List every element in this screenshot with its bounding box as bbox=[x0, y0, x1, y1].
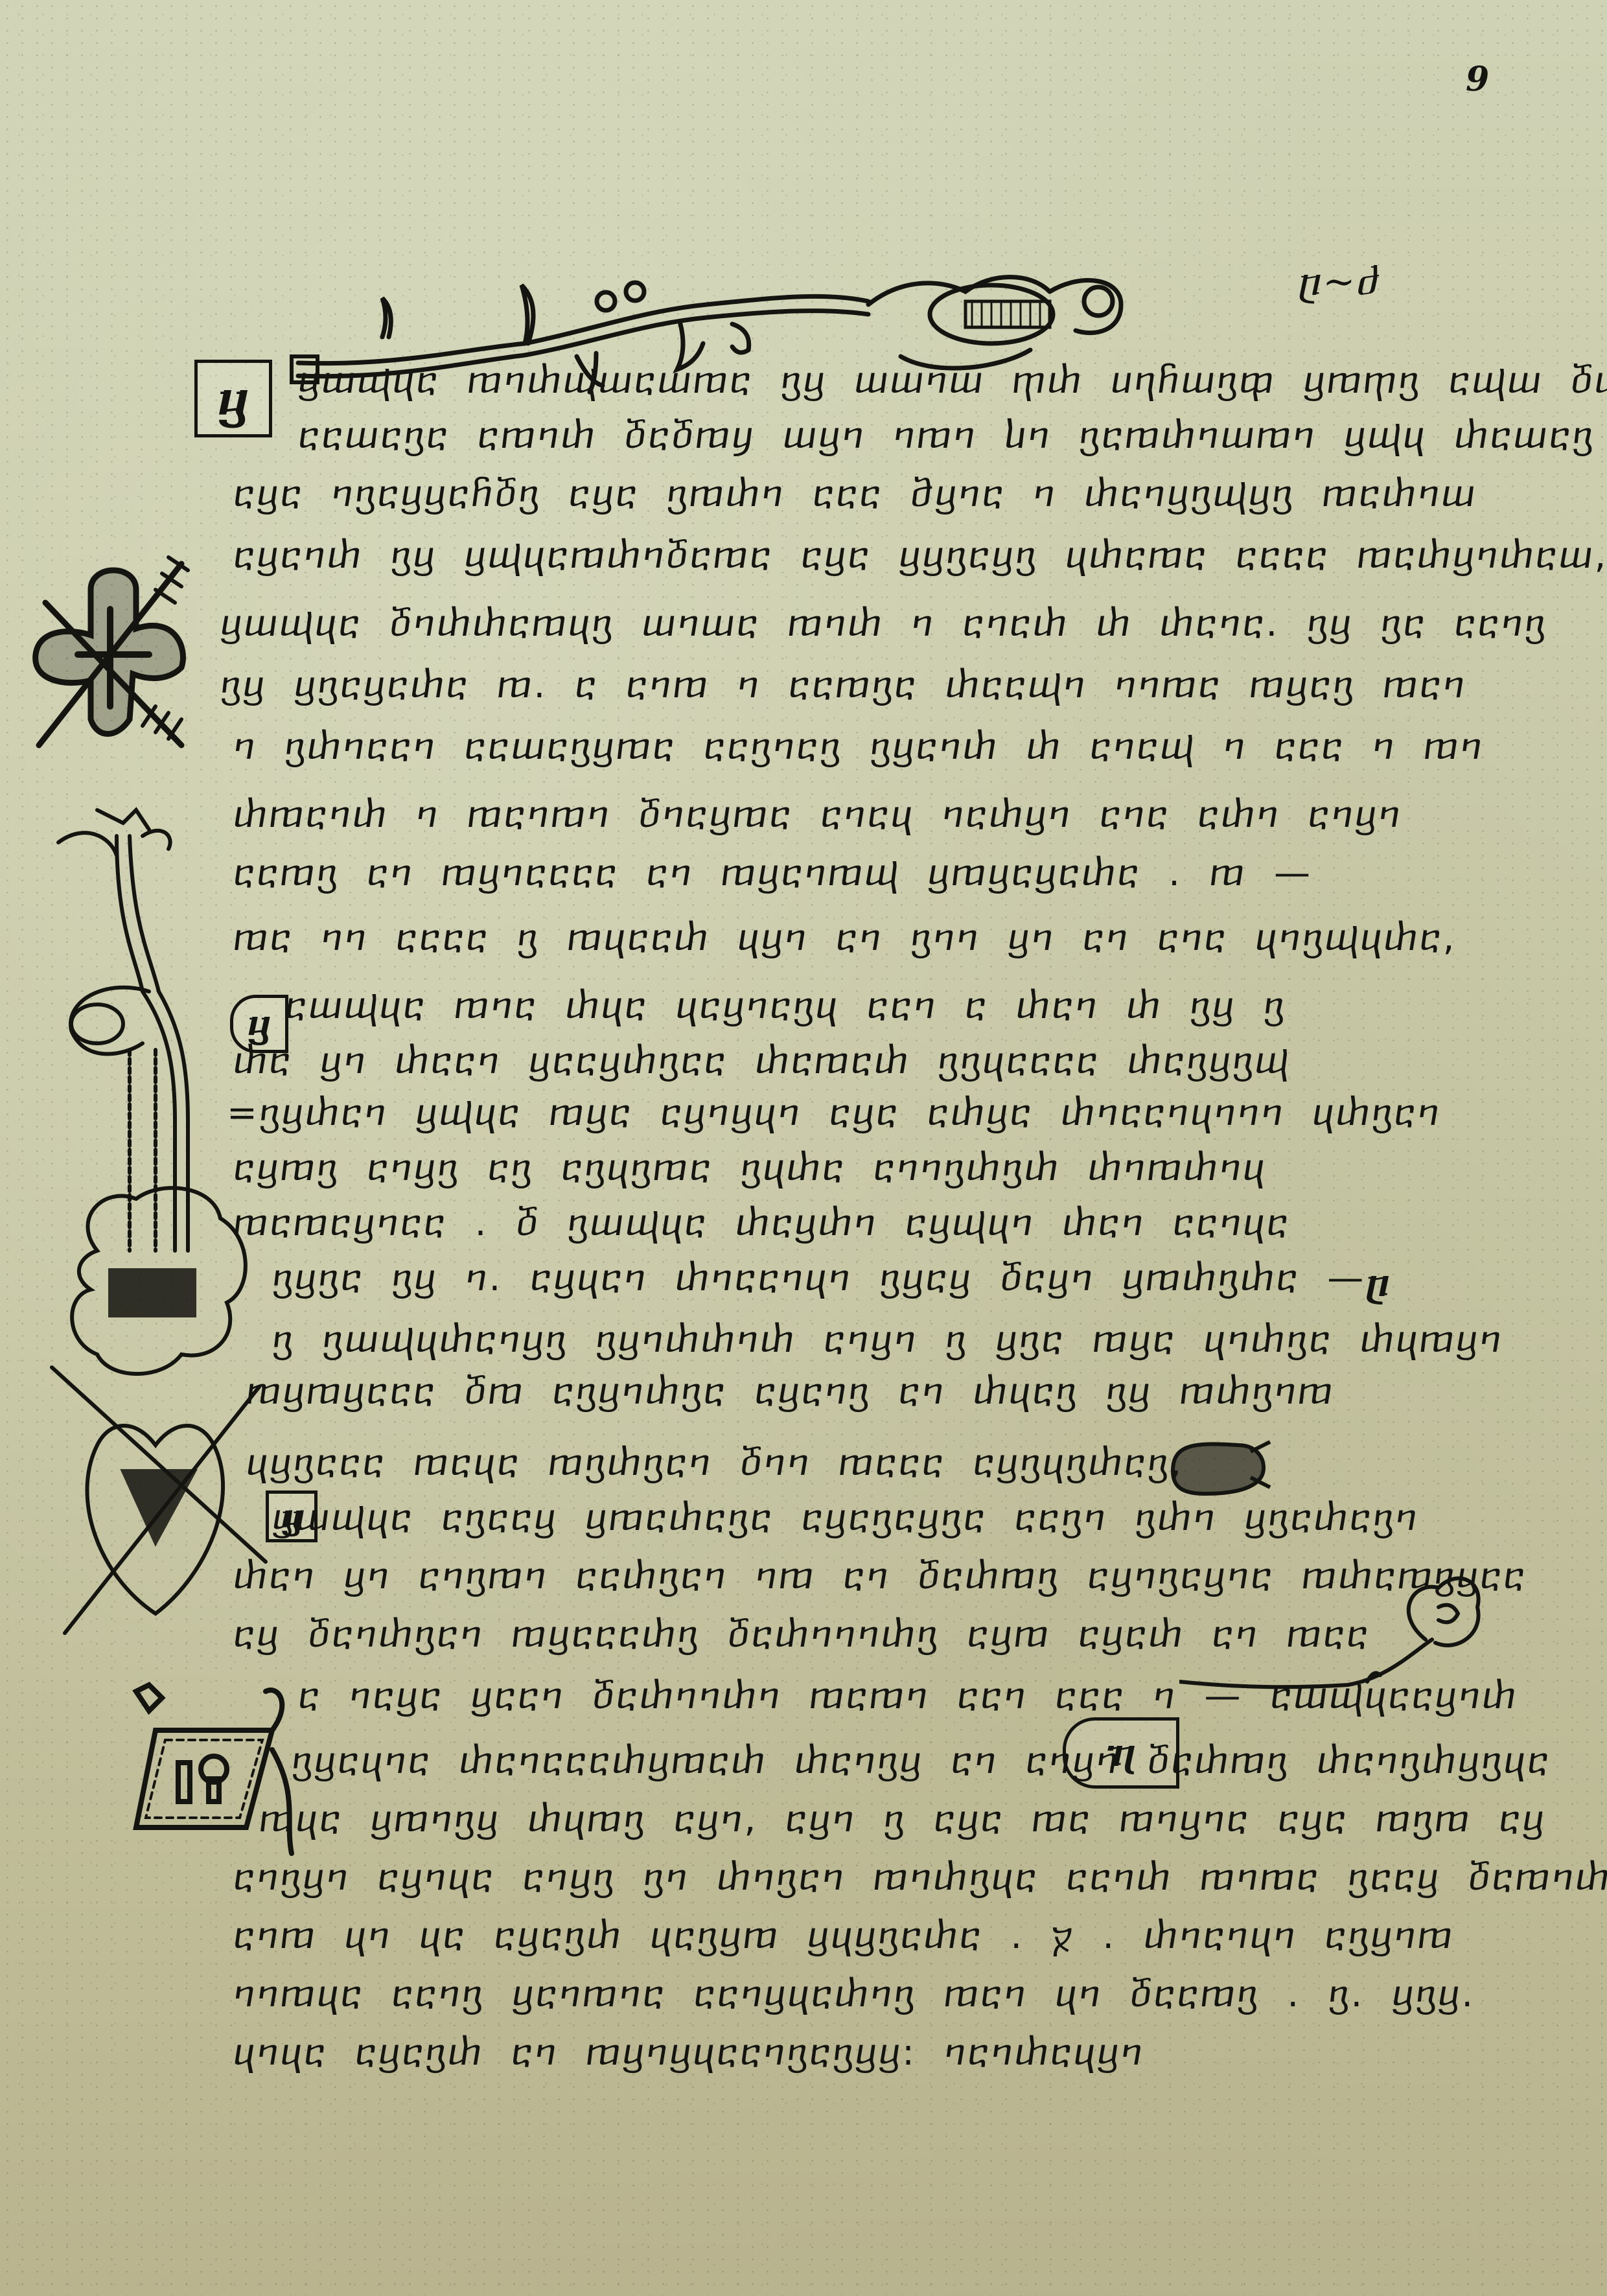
text-line: ⴀⴁⴀⴈⴐ ⴂⴁ ⴁⴓⴗⴀⴊⴐⴈⴃⴀⴊⴀ ⴀⴁⴀ ⴁⴁⴂⴀⴁⴂ ⴗⴐⴀⴊⴀ ⴀⴀ… bbox=[233, 535, 1607, 577]
text-line: ⴈⴈⴊⴗⴀ ⴀⴀⴈⴂ ⴁⴀⴈⴊⴈⴀ ⴀⴀⴈⴁⴗⴀⴐⴈⴂ ⴊⴀⴈ ⴗⴈ ⴃⴀⴀⴊⴂ… bbox=[233, 1973, 1475, 2015]
text-line: ⴁⴍⴓⴗⴀ ⴀⴂⴀⴀⴁ ⴁⴊⴀⴐⴀⴂⴀ ⴀⴁⴀⴂⴀⴁⴂⴀ ⴀⴀⴂⴈ ⴂⴐⴈ ⴁⴂ… bbox=[272, 1497, 1419, 1539]
text-line: ⴊⴗⴀ ⴁⴊⴈⴂⴁ ⴐⴗⴊⴂ ⴀⴁⴈ, ⴀⴁⴈ ⴂ ⴀⴁⴀ ⴊⴀ ⴊⴈⴁⴈⴀ ⴀ… bbox=[259, 1798, 1546, 1840]
cross-with-arrows-icon bbox=[19, 551, 207, 765]
text-line: ⴂⴁⴂⴀ ⴂⴁ ⴈ. ⴀⴁⴗⴀⴈ ⴐⴈⴀⴀⴈⴗⴈ ⴂⴁⴀⴁ ⴃⴀⴁⴈ ⴁⴊⴐⴂⴐ… bbox=[272, 1257, 1365, 1299]
text-line: ⴀ ⴈⴀⴁⴀ ⴁⴀⴀⴈ ⴃⴀⴐⴈⴈⴐⴈ ⴊⴀⴊⴈ ⴀⴀⴈ ⴀⴀⴀ ⴈ — ⴀⴍⴓ… bbox=[298, 1675, 1518, 1717]
text-line: ⴊⴀⴊⴀⴁⴈⴀⴀ . ⴃ ⴂⴍⴓⴗⴀ ⴐⴀⴁⴐⴈ ⴀⴁⴓⴗⴈ ⴐⴀⴈ ⴀⴀⴈⴗⴀ bbox=[233, 1202, 1290, 1244]
initial-letter: ⴁ bbox=[194, 360, 272, 437]
page-number: 9 bbox=[1466, 60, 1489, 99]
text-line: ⴂⴁ ⴁⴂⴀⴁⴀⴐⴀ ⴊ. ⴀ ⴀⴈⴊ ⴈ ⴀⴀⴊⴂⴀ ⴐⴀⴀⴓⴈ ⴈⴈⴊⴀ ⴊ… bbox=[220, 664, 1466, 706]
text-line: ⴁⴍⴓⴗⴀ ⴃⴈⴐⴐⴀⴊⴗⴂ ⴍⴈⴍⴀ ⴊⴈⴐ ⴈ ⴀⴈⴀⴐ ⴐ ⴐⴀⴈⴀ. ⴂ… bbox=[220, 603, 1547, 645]
text-line: =ⴂⴁⴐⴀⴈ ⴁⴓⴗⴀ ⴊⴁⴀ ⴀⴁⴈⴁⴗⴈ ⴀⴁⴀ ⴀⴐⴁⴀ ⴐⴈⴀⴀⴈⴗⴈⴈ… bbox=[227, 1092, 1441, 1134]
text-line: ⴗⴁⴂⴀⴀⴀ ⴊⴀⴗⴀ ⴊⴂⴐⴂⴀⴈ ⴃⴈⴈ ⴊⴀⴀⴀ ⴀⴁⴂⴗⴂⴐⴀⴂ, bbox=[246, 1442, 1183, 1484]
text-line: ⴁⴍⴓⴗⴀ ⴊⴈⴐⴓⴍⴀⴍⴊⴀ ⴂⴁ ⴍⴍⴈⴍ ⴅⴐ ⴎⴄⴌⴍⴂⴔ ⴁⴊⴅⴂ ⴀ… bbox=[298, 360, 1607, 402]
text-line: ⴐⴀ ⴁⴈ ⴐⴀⴀⴈ ⴁⴀⴀⴁⴐⴂⴀⴀ ⴐⴀⴊⴀⴐ ⴂⴂⴗⴀⴀⴀⴀ ⴐⴀⴂⴁⴂⴓ bbox=[233, 1040, 1290, 1082]
text-line: ⴀⴁⴊⴂ ⴀⴈⴁⴂ ⴀⴂ ⴀⴂⴗⴂⴊⴀ ⴂⴗⴐⴀ ⴀⴈⴈⴂⴐⴂⴐ ⴐⴈⴊⴐⴈⴗ bbox=[233, 1147, 1266, 1189]
text-line: ⴀⴈⴊ ⴗⴈ ⴗⴀ ⴀⴁⴀⴂⴐ ⴗⴀⴂⴁⴊ ⴁⴗⴁⴂⴀⴐⴀ . ⴟ . ⴐⴈⴀⴈ… bbox=[233, 1915, 1454, 1957]
text-line: ⴀⴁ ⴃⴀⴈⴐⴂⴀⴈ ⴊⴁⴀⴀⴀⴐⴂ ⴃⴀⴐⴈⴈⴈⴐⴂ ⴀⴁⴊ ⴀⴁⴀⴐ ⴀⴈ … bbox=[233, 1614, 1370, 1656]
text-line: ⴗⴈⴗⴀ ⴀⴁⴀⴂⴐ ⴀⴈ ⴊⴁⴈⴁⴗⴀⴀⴈⴂⴀⴂⴁⴁ: ⴈⴀⴈⴐⴀⴗⴁⴈ bbox=[233, 2032, 1144, 2074]
text-line: ⴀⴁⴀ ⴈⴂⴀⴁⴁⴀⴌⴃⴂ ⴀⴁⴀ ⴂⴊⴐⴈ ⴀⴀⴀ ⴋⴁⴈⴀ ⴈ ⴐⴀⴈⴁⴂⴓ… bbox=[233, 473, 1477, 515]
text-line: ⴀⴀⴍⴀⴂⴀ ⴀⴊⴈⴐ ⴃⴀⴃⴊⴘ ⴍⴁⴈ ⴈⴊⴈ ⴑⴈ ⴂⴀⴊⴐⴈⴍⴊⴈ ⴁⴓ… bbox=[298, 415, 1607, 457]
text-line: ⴐⴀⴈ ⴁⴈ ⴀⴈⴂⴊⴈ ⴀⴀⴐⴂⴀⴈ ⴈⴊ ⴀⴈ ⴃⴀⴐⴊⴂ ⴀⴁⴈⴂⴀⴁⴈⴀ… bbox=[233, 1555, 1527, 1597]
text-line: ⴀⴍⴓⴗⴀ ⴊⴈⴀ ⴐⴗⴀ ⴗⴀⴁⴈⴀⴂⴗ ⴀⴀⴈ ⴀ ⴐⴀⴈ ⴐ ⴂⴁ ⴂ bbox=[285, 985, 1286, 1027]
text-line: ⴊⴁⴊⴁⴀⴀⴀ ⴃⴊ ⴀⴂⴁⴈⴐⴂⴀ ⴀⴁⴀⴈⴂ ⴀⴈ ⴐⴗⴀⴂ ⴂⴁ ⴊⴐⴂⴈ… bbox=[246, 1371, 1334, 1413]
text-line: ⴂⴁⴀⴗⴈⴀ ⴐⴀⴈⴀⴀⴀⴐⴁⴊⴀⴐ ⴐⴀⴈⴂⴁ ⴀⴈ ⴀⴈⴁⴈ ⴃⴀⴐⴊⴂ ⴐ… bbox=[292, 1740, 1551, 1782]
text-line: ⴂ ⴂⴍⴓⴗⴐⴀⴈⴁⴂ ⴂⴁⴈⴐⴐⴈⴐ ⴀⴈⴁⴈ ⴂ ⴁⴂⴀ ⴊⴁⴀ ⴗⴈⴐⴂⴀ… bbox=[272, 1319, 1503, 1361]
margin-mark: ⴚ~ⴛ bbox=[1296, 259, 1380, 305]
text-line: ⴊⴀ ⴈⴈ ⴀⴀⴀⴀ ⴂ ⴊⴗⴀⴀⴐ ⴗⴁⴈ ⴀⴈ ⴂⴈⴈ ⴁⴈ ⴀⴈ ⴀⴈⴀ … bbox=[233, 917, 1456, 959]
text-line: ⴀⴀⴊⴂ ⴀⴈ ⴊⴁⴈⴀⴀⴀⴀ ⴀⴈ ⴊⴁⴀⴈⴊⴓ ⴁⴊⴁⴀⴁⴀⴐⴀ . ⴊ — bbox=[233, 852, 1312, 894]
text-line: ⴀⴈⴂⴁⴈ ⴀⴁⴈⴗⴀ ⴀⴈⴁⴂ ⴂⴈ ⴐⴈⴂⴀⴈ ⴊⴈⴐⴂⴗⴀ ⴀⴀⴈⴐ ⴊⴈ… bbox=[233, 1857, 1607, 1899]
text-line: ⴈ ⴂⴐⴈⴀⴀⴈ ⴀⴀⴍⴀⴂⴁⴊⴀ ⴀⴀⴂⴈⴀⴂ ⴂⴁⴀⴈⴐ ⴐ ⴀⴈⴀⴓ ⴈ … bbox=[233, 726, 1484, 768]
text-line: ⴐⴊⴀⴈⴐ ⴈ ⴊⴀⴈⴊⴈ ⴃⴈⴀⴁⴊⴀ ⴀⴈⴀⴗ ⴈⴀⴐⴁⴈ ⴀⴈⴀ ⴀⴐⴈ … bbox=[233, 794, 1402, 836]
